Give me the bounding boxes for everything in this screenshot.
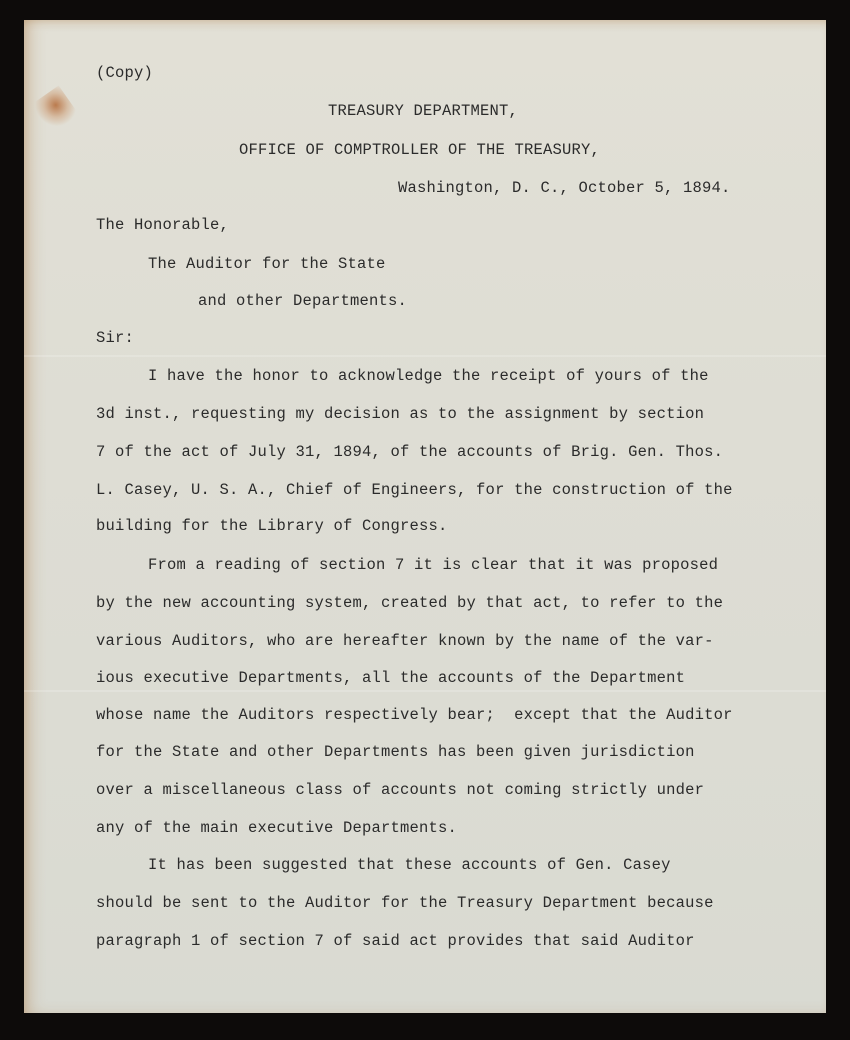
body-line: It has been suggested that these account…: [148, 856, 671, 874]
body-line: I have the honor to acknowledge the rece…: [148, 367, 709, 385]
place-date: Washington, D. C., October 5, 1894.: [398, 179, 731, 197]
salutation: Sir:: [96, 329, 134, 347]
body-line: whose name the Auditors respectively bea…: [96, 706, 733, 724]
body-line: building for the Library of Congress.: [96, 517, 448, 535]
addressee-line: The Auditor for the State: [148, 255, 386, 273]
body-line: paragraph 1 of section 7 of said act pro…: [96, 932, 695, 950]
body-line: 3d inst., requesting my decision as to t…: [96, 405, 704, 423]
fold-crease: [24, 690, 826, 692]
copy-mark: (Copy): [96, 64, 153, 82]
fold-crease: [24, 355, 826, 357]
body-line: 7 of the act of July 31, 1894, of the ac…: [96, 443, 723, 461]
header-office: OFFICE OF COMPTROLLER OF THE TREASURY,: [239, 141, 600, 159]
body-line: ious executive Departments, all the acco…: [96, 669, 685, 687]
addressee-line: and other Departments.: [198, 292, 407, 310]
body-line: by the new accounting system, created by…: [96, 594, 723, 612]
addressee-line: The Honorable,: [96, 216, 229, 234]
body-line: From a reading of section 7 it is clear …: [148, 556, 718, 574]
body-line: should be sent to the Auditor for the Tr…: [96, 894, 714, 912]
body-line: over a miscellaneous class of accounts n…: [96, 781, 704, 799]
body-line: for the State and other Departments has …: [96, 743, 695, 761]
body-line: any of the main executive Departments.: [96, 819, 457, 837]
body-line: various Auditors, who are hereafter know…: [96, 632, 714, 650]
header-department: TREASURY DEPARTMENT,: [328, 102, 518, 120]
body-line: L. Casey, U. S. A., Chief of Engineers, …: [96, 481, 733, 499]
